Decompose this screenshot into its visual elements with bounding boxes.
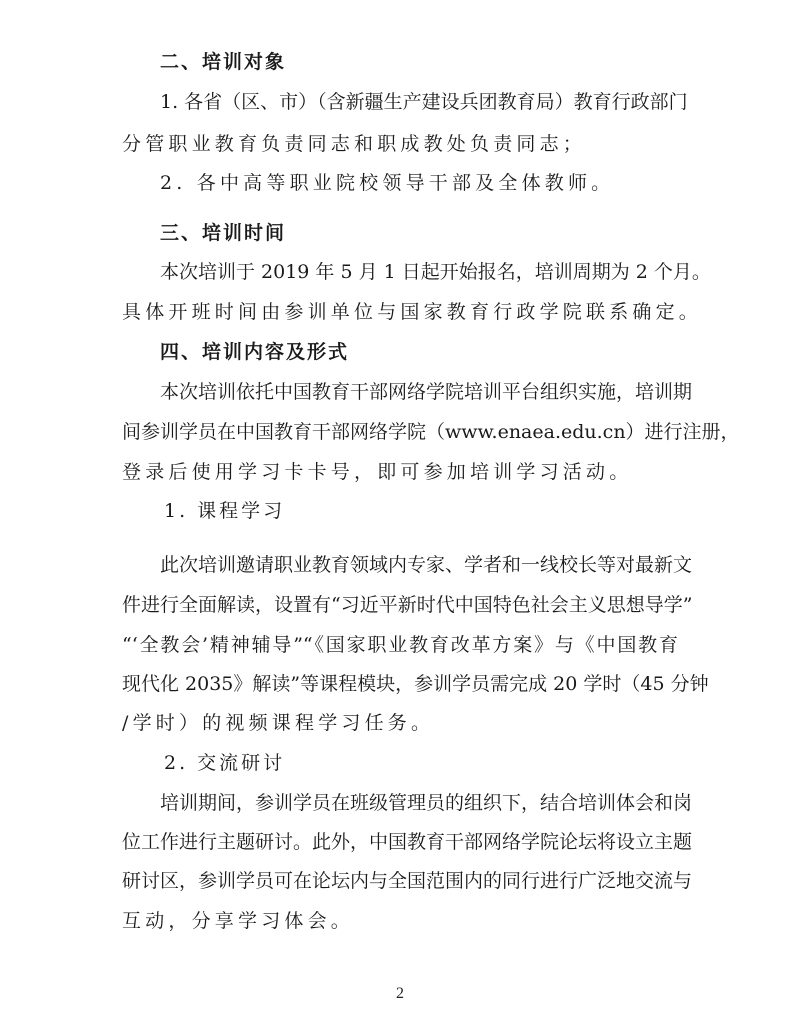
section-heading-training-targets: 二、培训对象 <box>160 47 678 77</box>
subsection-heading-exchange-discussion: 2. 交流研讨 <box>164 748 720 778</box>
paragraph-line: 本次培训依托中国教育干部网络学院培训平台组织实施，培训期 <box>160 377 678 407</box>
section-heading-training-time: 三、培训时间 <box>160 218 678 248</box>
section-heading-training-content: 四、培训内容及形式 <box>160 337 678 367</box>
paragraph-line: 2. 各中高等职业院校领导干部及全体教师。 <box>160 168 678 198</box>
paragraph-line: 件进行全面解读，设置有“习近平新时代中国特色社会主义思想导学” <box>122 590 678 620</box>
paragraph-line: 现代化 2035》解读”等课程模块，参训学员需完成 20 学时（45 分钟 <box>122 669 678 699</box>
paragraph-line: 本次培训于 2019 年 5 月 1 日起开始报名，培训周期为 2 个月。 <box>160 257 678 287</box>
page-number: 2 <box>0 985 800 1003</box>
paragraph-line: 间参训学员在中国教育干部网络学院（www.enaea.edu.cn）进行注册， <box>122 417 678 447</box>
paragraph-line: 此次培训邀请职业教育领域内专家、学者和一线校长等对最新文 <box>160 550 678 580</box>
document-page: 二、培训对象 1. 各省（区、市）（含新疆生产建设兵团教育局）教育行政部门 分管… <box>0 0 800 1031</box>
paragraph-line: 位工作进行主题研讨。此外，中国教育干部网络学院论坛将设立主题 <box>122 827 678 857</box>
paragraph-line: 培训期间，参训学员在班级管理员的组织下，结合培训体会和岗 <box>160 788 678 818</box>
paragraph-line: “‘全教会’精神辅导”“《国家职业教育改革方案》与《中国教育 <box>122 630 678 660</box>
paragraph-line: 1. 各省（区、市）（含新疆生产建设兵团教育局）教育行政部门 <box>160 87 678 117</box>
paragraph-line: 分管职业教育负责同志和职成教处负责同志； <box>122 129 678 159</box>
paragraph-line: 具体开班时间由参训单位与国家教育行政学院联系确定。 <box>122 297 678 327</box>
subsection-heading-course-study: 1. 课程学习 <box>164 496 720 526</box>
paragraph-line: 互动，分享学习体会。 <box>122 906 678 936</box>
paragraph-line: 研讨区，参训学员可在论坛内与全国范围内的同行进行广泛地交流与 <box>122 866 678 896</box>
paragraph-line: /学时）的视频课程学习任务。 <box>122 708 678 738</box>
paragraph-line: 登录后使用学习卡卡号，即可参加培训学习活动。 <box>122 457 678 487</box>
